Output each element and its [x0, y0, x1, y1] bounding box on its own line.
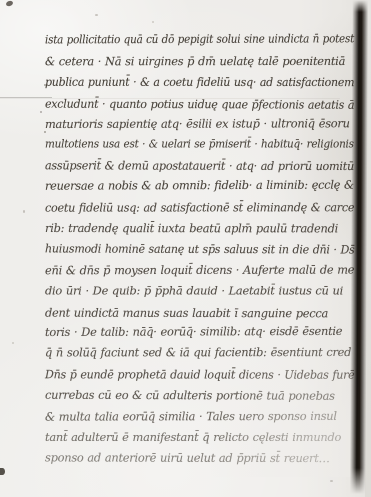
manuscript-text-line: q̄ n̄ solūq̄ faciunt sed & iā qui facien…: [45, 342, 354, 363]
ink-speck: [40, 111, 42, 113]
ink-speck: [330, 480, 333, 482]
manuscript-text-line: ista pollicitatio quā cū dō pepigit solu…: [45, 28, 327, 50]
manuscript-text-line: tant̄ adulterū ē manifestant̄ q̄ relicto…: [45, 427, 354, 448]
ink-speck: [5, 0, 13, 7]
manuscript-text-line: sponso ad anteriorē uirū uelut ad p̄priū…: [45, 447, 354, 469]
manuscript-text-line: dio ūri · De quib: p̄ p̄phā dauid · Laet…: [45, 280, 354, 301]
manuscript-page-scan: ista pollicitatio quā cū dō pepigit solu…: [0, 0, 371, 497]
manuscript-text-block: ista pollicitatio quā cū dō pepigit solu…: [45, 30, 357, 469]
ink-speck: [152, 21, 154, 23]
manuscript-text-line: coetu fideliū usq: ad satisfactionē st̄ …: [45, 197, 348, 218]
ink-speck: [44, 84, 46, 86]
manuscript-text-line: & multa talia eorūq̄ similia · Tales uer…: [45, 406, 354, 428]
manuscript-text-line: multotiens usa est · & uelari se p̄miser…: [45, 134, 328, 155]
manuscript-text-line: excludunt̄ · quanto potius uiduę quae p̄…: [45, 93, 346, 115]
manuscript-text-line: Dn̄s p̄ eundē prophetā dauid loquit̄ dic…: [45, 365, 345, 386]
manuscript-text-line: en̄i & dn̄s p̄ moysen loquit̄ dicens · A…: [45, 259, 354, 281]
manuscript-text-line: rib: tradendę qualit̄ iuxta beatū aplm̄ …: [45, 218, 354, 239]
ink-speck: [23, 210, 25, 213]
manuscript-text-line: & cetera · Nā si uirgines p̄ dm̄ uelatę …: [45, 51, 354, 72]
ink-speck: [12, 342, 14, 344]
ink-speck: [0, 468, 5, 475]
manuscript-text-line: publica puniunt̄ · & a coetu fideliū usq…: [45, 71, 343, 92]
manuscript-text-line: reuersae a nobis & ab omnib: fidelib· a …: [45, 175, 352, 197]
manuscript-text-line: toris · De talib: nāq̄· eorūq̄· similib:…: [45, 321, 354, 343]
manuscript-text-line: currebas cū eo & cū adulteris portionē t…: [45, 385, 354, 407]
manuscript-text-line: huiusmodi hominē satanę ut sp̄s saluus s…: [45, 238, 345, 260]
ink-speck: [44, 131, 46, 133]
manuscript-text-line: maturioris sapientię atq· ēsilii ex istu…: [45, 113, 354, 135]
binding-edge-shadow: [350, 0, 369, 497]
ink-speck: [95, 14, 98, 16]
